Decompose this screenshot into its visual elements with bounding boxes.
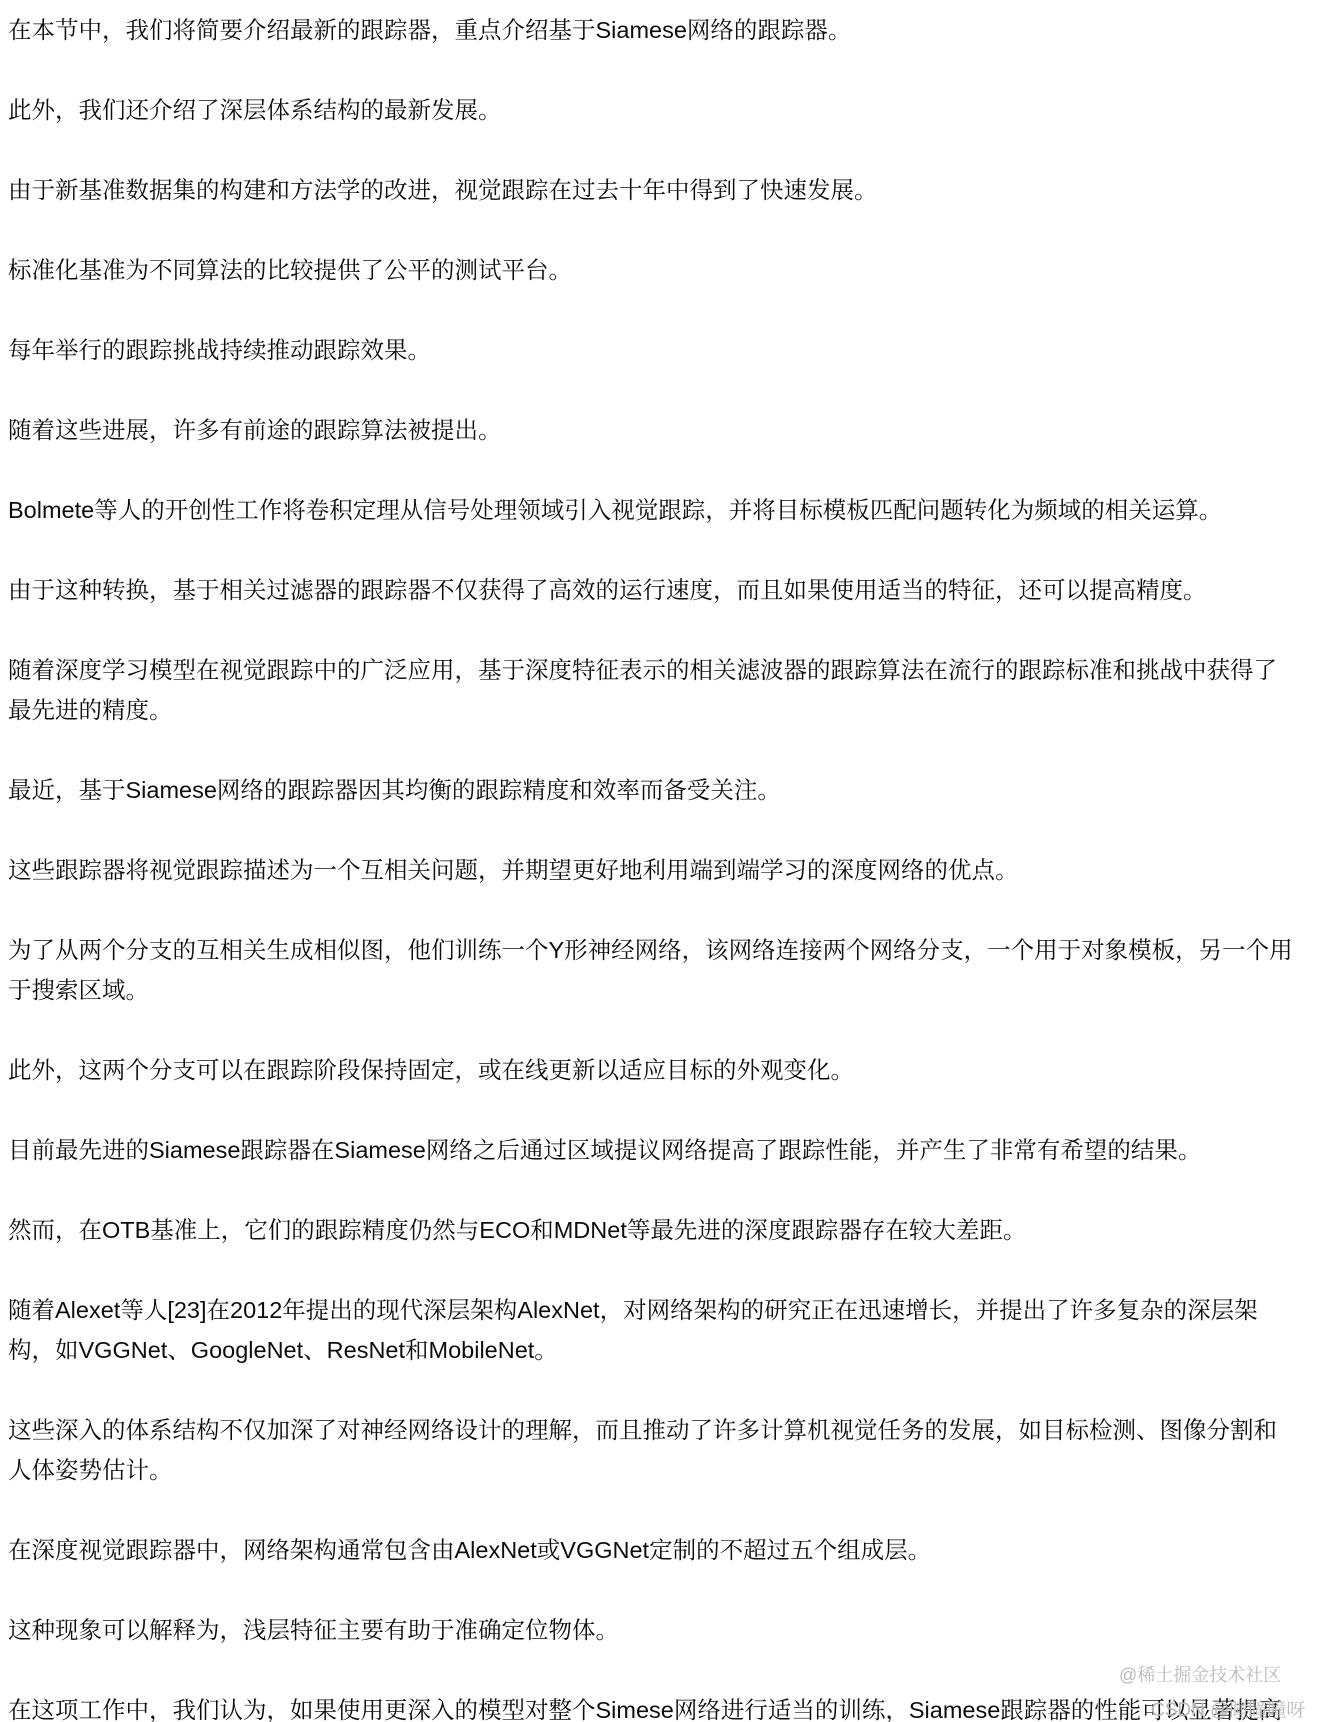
paragraph-19: 这种现象可以解释为，浅层特征主要有助于准确定位物体。	[8, 1610, 1300, 1650]
paragraph-11: 这些跟踪器将视觉跟踪描述为一个互相关问题，并期望更好地利用端到端学习的深度网络的…	[8, 850, 1300, 890]
paragraph-20: 在这项工作中，我们认为，如果使用更深入的模型对整个Simese网络进行适当的训练…	[8, 1690, 1300, 1722]
paragraph-16: 随着Alexet等人[23]在2012年提出的现代深层架构AlexNet，对网络…	[8, 1290, 1300, 1370]
paragraph-8: 由于这种转换，基于相关过滤器的跟踪器不仅获得了高效的运行速度，而且如果使用适当的…	[8, 570, 1300, 610]
paragraph-12: 为了从两个分支的互相关生成相似图，他们训练一个Y形神经网络，该网络连接两个网络分…	[8, 930, 1300, 1010]
paragraph-18: 在深度视觉跟踪器中，网络架构通常包含由AlexNet或VGGNet定制的不超过五…	[8, 1530, 1300, 1570]
paragraph-7: Bolmete等人的开创性工作将卷积定理从信号处理领域引入视觉跟踪，并将目标模板…	[8, 490, 1300, 530]
paragraph-14: 目前最先进的Siamese跟踪器在Siamese网络之后通过区域提议网络提高了跟…	[8, 1130, 1300, 1170]
paragraph-10: 最近，基于Siamese网络的跟踪器因其均衡的跟踪精度和效率而备受关注。	[8, 770, 1300, 810]
paragraph-17: 这些深入的体系结构不仅加深了对神经网络设计的理解，而且推动了许多计算机视觉任务的…	[8, 1410, 1300, 1490]
paragraph-15: 然而，在OTB基准上，它们的跟踪精度仍然与ECO和MDNet等最先进的深度跟踪器…	[8, 1210, 1300, 1250]
paragraph-4: 标准化基准为不同算法的比较提供了公平的测试平台。	[8, 250, 1300, 290]
paragraph-3: 由于新基准数据集的构建和方法学的改进，视觉跟踪在过去十年中得到了快速发展。	[8, 170, 1300, 210]
paragraph-13: 此外，这两个分支可以在跟踪阶段保持固定，或在线更新以适应目标的外观变化。	[8, 1050, 1300, 1090]
paragraph-6: 随着这些进展，许多有前途的跟踪算法被提出。	[8, 410, 1300, 450]
paragraph-9: 随着深度学习模型在视觉跟踪中的广泛应用，基于深度特征表示的相关滤波器的跟踪算法在…	[8, 650, 1300, 730]
paragraph-5: 每年举行的跟踪挑战持续推动跟踪效果。	[8, 330, 1300, 370]
article-body: 在本节中，我们将简要介绍最新的跟踪器，重点介绍基于Siamese网络的跟踪器。 …	[0, 0, 1322, 1722]
paragraph-1: 在本节中，我们将简要介绍最新的跟踪器，重点介绍基于Siamese网络的跟踪器。	[8, 10, 1300, 50]
paragraph-2: 此外，我们还介绍了深层体系结构的最新发展。	[8, 90, 1300, 130]
